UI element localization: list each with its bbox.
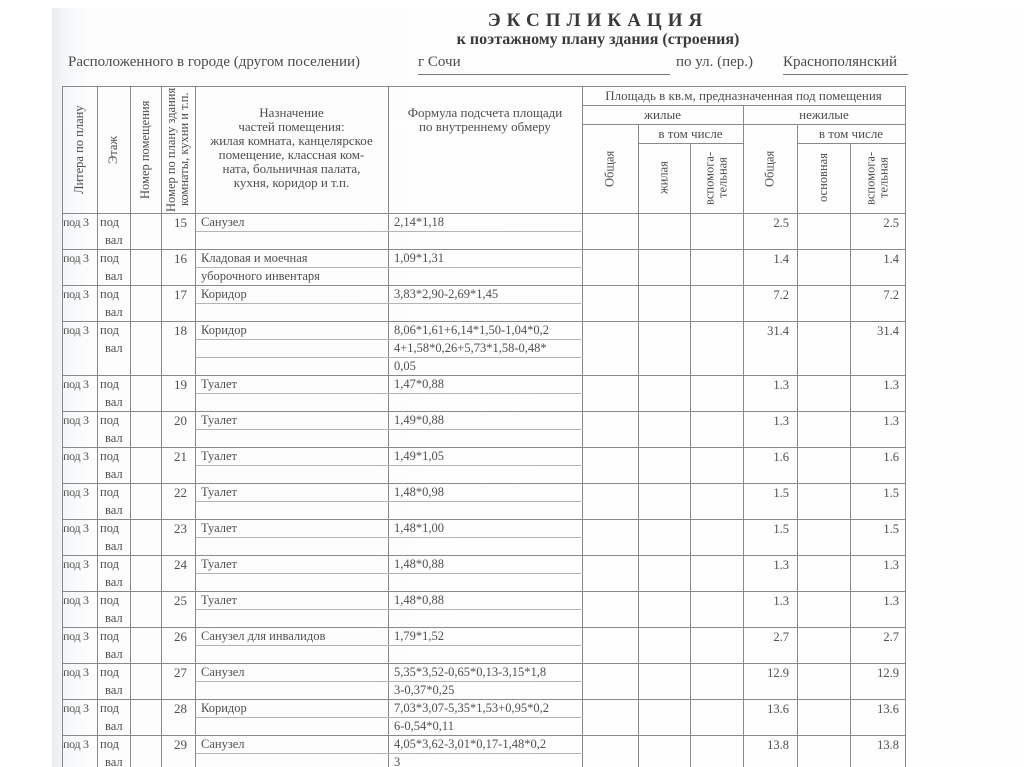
row-floor: вал xyxy=(105,430,123,447)
row-floor: вал xyxy=(105,754,123,767)
grid-line xyxy=(62,483,905,484)
row-name: Туалет xyxy=(201,556,237,573)
grid-line xyxy=(196,753,581,754)
row-number: 21 xyxy=(161,448,187,465)
row-nonres-aux: 1.3 xyxy=(850,413,899,430)
header-res-including: в том числе xyxy=(638,127,743,141)
header-res-total-text: Общая xyxy=(604,150,617,186)
row-number: 16 xyxy=(161,250,187,267)
row-name: Санузел для инвалидов xyxy=(201,628,325,645)
row-litera: под 3 xyxy=(63,736,89,753)
row-formula: 1,49*1,05 xyxy=(394,448,444,465)
header-nonres-aux: вспомога-тельная xyxy=(850,147,905,209)
row-formula: 5,35*3,52-0,65*0,13-3,15*1,8 xyxy=(394,664,546,681)
row-formula: 3 xyxy=(394,754,400,767)
header-plan-number: Номер по плану зданиякомнаты, кухни и т.… xyxy=(161,88,195,211)
row-nonres-aux: 12.9 xyxy=(850,665,899,682)
header-floor: Этаж xyxy=(97,90,130,209)
row-name: Санузел xyxy=(201,664,245,681)
row-nonres-aux: 1.6 xyxy=(850,449,899,466)
row-nonres-total: 1.3 xyxy=(743,413,789,430)
row-litera: под 3 xyxy=(63,322,89,339)
row-nonres-total: 2.5 xyxy=(743,215,789,232)
row-number: 19 xyxy=(161,376,187,393)
grid-line xyxy=(388,86,389,767)
row-formula: 0,05 xyxy=(394,358,416,375)
row-number: 23 xyxy=(161,520,187,537)
header-res-total: Общая xyxy=(582,128,638,209)
row-litera: под 3 xyxy=(63,412,89,429)
row-floor: под xyxy=(100,376,119,393)
row-name: Туалет xyxy=(201,520,237,537)
grid-line xyxy=(196,681,581,682)
row-floor: под xyxy=(100,520,119,537)
row-floor: вал xyxy=(105,340,123,357)
row-floor: под xyxy=(100,286,119,303)
row-formula: 4,05*3,62-3,01*0,17-1,48*0,2 xyxy=(394,736,546,753)
document-title: ЭКСПЛИКАЦИЯ xyxy=(86,10,1024,32)
grid-line xyxy=(62,375,905,376)
row-number: 27 xyxy=(161,664,187,681)
header-room-number: Номер помещения xyxy=(130,90,161,209)
header-purpose: Назначениечастей помещения:жилая комната… xyxy=(195,106,388,190)
row-nonres-total: 1.6 xyxy=(743,449,789,466)
row-nonres-aux: 1.4 xyxy=(850,251,899,268)
header-nonres-main-text: основная xyxy=(817,154,830,203)
row-floor: вал xyxy=(105,232,123,249)
row-number: 26 xyxy=(161,628,187,645)
row-nonres-total: 1.3 xyxy=(743,593,789,610)
row-name: Санузел xyxy=(201,736,245,753)
row-name: Санузел xyxy=(201,214,245,231)
row-litera: под 3 xyxy=(63,484,89,501)
row-nonres-aux: 1.3 xyxy=(850,377,899,394)
grid-line xyxy=(905,86,906,767)
row-name: Коридор xyxy=(201,286,247,303)
row-nonres-total: 7.2 xyxy=(743,287,789,304)
grid-line xyxy=(196,393,581,394)
grid-line xyxy=(62,627,905,628)
grid-line xyxy=(62,555,905,556)
row-nonres-aux: 1.5 xyxy=(850,521,899,538)
row-name: Туалет xyxy=(201,448,237,465)
row-floor: под xyxy=(100,322,119,339)
row-formula: 7,03*3,07-5,35*1,53+0,95*0,2 xyxy=(394,700,549,717)
header-res-aux-text: вспомога-тельная xyxy=(704,151,730,204)
row-floor: вал xyxy=(105,682,123,699)
row-nonres-total: 1.3 xyxy=(743,557,789,574)
row-nonres-total: 12.9 xyxy=(743,665,789,682)
row-formula: 3,83*2,90-2,69*1,45 xyxy=(394,286,498,303)
header-residential: жилые xyxy=(582,108,743,122)
grid-line xyxy=(196,429,581,430)
grid-line xyxy=(196,357,581,358)
grid-line xyxy=(62,249,905,250)
header-nonres-main: основная xyxy=(797,147,850,209)
row-name: Коридор xyxy=(201,700,247,717)
header-nonresidential: нежилые xyxy=(743,108,905,122)
row-floor: под xyxy=(100,592,119,609)
row-number: 20 xyxy=(161,412,187,429)
row-number: 28 xyxy=(161,700,187,717)
row-formula: 1,49*0,88 xyxy=(394,412,444,429)
row-floor: под xyxy=(100,556,119,573)
row-number: 17 xyxy=(161,286,187,303)
row-floor: вал xyxy=(105,610,123,627)
grid-line xyxy=(196,465,581,466)
row-floor: вал xyxy=(105,466,123,483)
header-litera-text: Литера по плану xyxy=(73,105,86,194)
header-nonres-total: Общая xyxy=(743,128,797,209)
row-litera: под 3 xyxy=(63,700,89,717)
grid-line xyxy=(196,231,581,232)
row-name: Туалет xyxy=(201,484,237,501)
grid-line xyxy=(196,501,581,502)
street-label: по ул. (пер.) xyxy=(676,54,753,71)
row-formula: 1,48*1,00 xyxy=(394,520,444,537)
row-floor: вал xyxy=(105,268,123,285)
header-plan-number-text: Номер по плану зданиякомнаты, кухни и т.… xyxy=(165,87,191,211)
row-formula: 1,48*0,88 xyxy=(394,556,444,573)
row-nonres-total: 13.6 xyxy=(743,701,789,718)
row-formula: 1,48*0,88 xyxy=(394,592,444,609)
row-nonres-total: 1.4 xyxy=(743,251,789,268)
row-floor: под xyxy=(100,628,119,645)
row-nonres-total: 1.5 xyxy=(743,521,789,538)
row-floor: вал xyxy=(105,574,123,591)
header-formula: Формула подсчета площадипо внутреннему о… xyxy=(388,106,582,134)
row-litera: под 3 xyxy=(63,664,89,681)
row-nonres-total: 1.3 xyxy=(743,377,789,394)
row-litera: под 3 xyxy=(63,556,89,573)
location-label: Расположенного в городе (другом поселени… xyxy=(68,54,360,71)
row-nonres-aux: 2.5 xyxy=(850,215,899,232)
header-nonres-aux-text: вспомога-тельная xyxy=(865,151,891,204)
header-floor-text: Этаж xyxy=(107,135,120,163)
row-nonres-aux: 1.3 xyxy=(850,593,899,610)
row-nonres-aux: 2.7 xyxy=(850,629,899,646)
grid-line xyxy=(62,519,905,520)
row-number: 29 xyxy=(161,736,187,753)
header-room-number-text: Номер помещения xyxy=(139,100,152,198)
grid-line xyxy=(196,645,581,646)
grid-line xyxy=(62,411,905,412)
row-floor: под xyxy=(100,412,119,429)
row-formula: 1,48*0,98 xyxy=(394,484,444,501)
row-name: Кладовая и моечная xyxy=(201,250,308,267)
grid-line xyxy=(690,143,691,767)
header-res-living: жилая xyxy=(638,147,690,209)
row-nonres-aux: 13.6 xyxy=(850,701,899,718)
row-floor: под xyxy=(100,736,119,753)
grid-line xyxy=(62,213,905,214)
row-floor: вал xyxy=(105,718,123,735)
row-name: уборочного инвентаря xyxy=(201,268,320,285)
row-nonres-aux: 7.2 xyxy=(850,287,899,304)
document-subtitle: к поэтажному плану здания (строения) xyxy=(86,31,1024,49)
grid-line xyxy=(196,573,581,574)
header-res-living-text: жилая xyxy=(658,162,671,195)
row-litera: под 3 xyxy=(63,628,89,645)
row-floor: под xyxy=(100,484,119,501)
row-litera: под 3 xyxy=(63,448,89,465)
row-name: Коридор xyxy=(201,322,247,339)
row-number: 24 xyxy=(161,556,187,573)
street-field: Краснополянский xyxy=(783,54,908,75)
row-number: 15 xyxy=(161,214,187,231)
row-nonres-total: 13.8 xyxy=(743,737,789,754)
header-res-aux: вспомога-тельная xyxy=(690,147,743,209)
row-litera: под 3 xyxy=(63,250,89,267)
grid-line xyxy=(62,591,905,592)
city-field: г Сочи xyxy=(418,54,670,75)
row-formula: 8,06*1,61+6,14*1,50-1,04*0,2 xyxy=(394,322,549,339)
grid-line xyxy=(797,124,798,767)
row-floor: вал xyxy=(105,538,123,555)
row-formula: 1,09*1,31 xyxy=(394,250,444,267)
header-area-group: Площадь в кв.м, предназначенная под поме… xyxy=(582,89,905,103)
row-formula: 6-0,54*0,11 xyxy=(394,718,454,735)
grid-line xyxy=(62,447,905,448)
row-nonres-total: 31.4 xyxy=(743,323,789,340)
row-nonres-total: 1.5 xyxy=(743,485,789,502)
row-floor: под xyxy=(100,250,119,267)
row-nonres-aux: 13.8 xyxy=(850,737,899,754)
row-name: Туалет xyxy=(201,592,237,609)
row-number: 18 xyxy=(161,322,187,339)
row-number: 22 xyxy=(161,484,187,501)
row-nonres-aux: 1.3 xyxy=(850,557,899,574)
row-nonres-aux: 1.5 xyxy=(850,485,899,502)
row-litera: под 3 xyxy=(63,592,89,609)
row-floor: вал xyxy=(105,502,123,519)
row-floor: вал xyxy=(105,304,123,321)
row-litera: под 3 xyxy=(63,520,89,537)
row-nonres-total: 2.7 xyxy=(743,629,789,646)
row-floor: под xyxy=(100,664,119,681)
grid-line xyxy=(196,537,581,538)
header-litera: Литера по плану xyxy=(62,90,97,209)
grid-line xyxy=(638,124,639,767)
row-formula: 1,79*1,52 xyxy=(394,628,444,645)
row-name: Туалет xyxy=(201,412,237,429)
row-litera: под 3 xyxy=(63,376,89,393)
grid-line xyxy=(797,143,905,144)
grid-line xyxy=(196,303,581,304)
row-floor: под xyxy=(100,448,119,465)
row-formula: 2,14*1,18 xyxy=(394,214,444,231)
row-floor: под xyxy=(100,214,119,231)
row-formula: 3-0,37*0,25 xyxy=(394,682,454,699)
row-name: Туалет xyxy=(201,376,237,393)
header-nonres-total-text: Общая xyxy=(764,150,777,186)
grid-line xyxy=(196,717,581,718)
row-floor: вал xyxy=(105,646,123,663)
row-nonres-aux: 31.4 xyxy=(850,323,899,340)
row-litera: под 3 xyxy=(63,286,89,303)
row-formula: 1,47*0,88 xyxy=(394,376,444,393)
header-nonres-including: в том числе xyxy=(797,127,905,141)
grid-line xyxy=(196,609,581,610)
row-number: 25 xyxy=(161,592,187,609)
row-formula: 4+1,58*0,26+5,73*1,58-0,48* xyxy=(394,340,547,357)
row-floor: вал xyxy=(105,394,123,411)
row-litera: под 3 xyxy=(63,214,89,231)
row-floor: под xyxy=(100,700,119,717)
